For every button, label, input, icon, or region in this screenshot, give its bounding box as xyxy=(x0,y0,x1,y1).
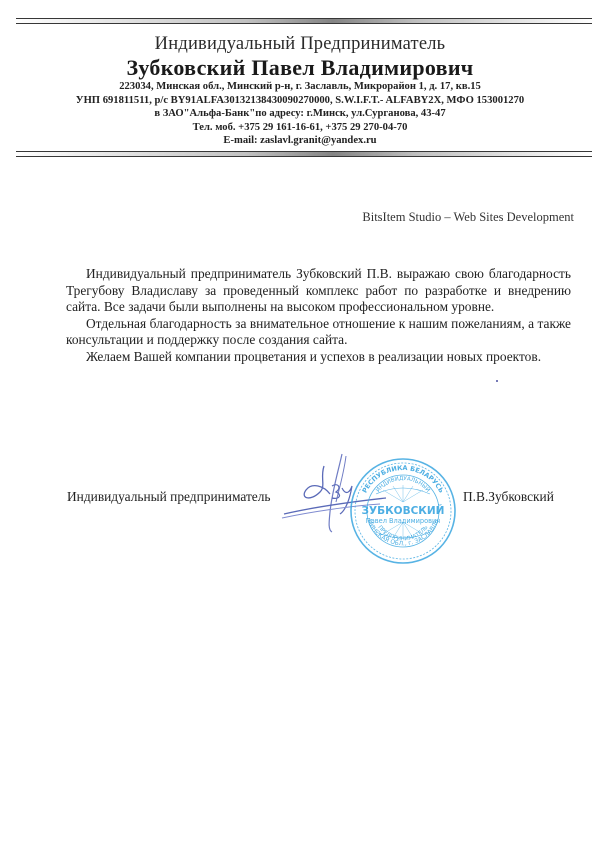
letterhead-bank-address: в ЗАО"Альфа-Банк"по адресу: г.Минск, ул.… xyxy=(0,107,600,121)
body-paragraph-3: Желаем Вашей компании процветания и успе… xyxy=(66,349,571,366)
body-paragraph-2: Отдельная благодарность за внимательное … xyxy=(66,316,571,349)
letterhead: Индивидуальный Предприниматель Зубковски… xyxy=(0,34,600,148)
letterhead-bottom-rule xyxy=(16,151,592,157)
signer-name: П.В.Зубковский xyxy=(463,489,554,505)
recipient: BitsItem Studio – Web Sites Development xyxy=(362,210,574,225)
body-paragraph-1: Индивидуальный предприниматель Зубковски… xyxy=(66,266,571,316)
svg-text:Павел Владимирович: Павел Владимирович xyxy=(366,517,441,525)
official-stamp-icon: РЕСПУБЛИКА БЕЛАРУСЬ ИНДИВИДУАЛЬНЫЙ ЗУБКО… xyxy=(348,456,458,566)
letterhead-bank-details: УНП 691811511, р/с BY91ALFA3013213843009… xyxy=(0,94,600,108)
letterhead-name: Зубковский Павел Владимирович xyxy=(0,55,600,80)
letterhead-email: E-mail: zaslavl.granit@yandex.ru xyxy=(0,134,600,148)
signer-position: Индивидуальный предприниматель xyxy=(67,489,271,505)
letterhead-address: 223034, Минская обл., Минский р-н, г. За… xyxy=(0,80,600,94)
letterhead-phones: Тел. моб. +375 29 161-16-61, +375 29 270… xyxy=(0,121,600,135)
letter-body: Индивидуальный предприниматель Зубковски… xyxy=(66,266,571,365)
letterhead-title: Индивидуальный Предприниматель xyxy=(0,34,600,55)
svg-text:ЗУБКОВСКИЙ: ЗУБКОВСКИЙ xyxy=(362,504,445,517)
ink-speck xyxy=(496,380,498,382)
letterhead-top-rule xyxy=(16,18,592,24)
